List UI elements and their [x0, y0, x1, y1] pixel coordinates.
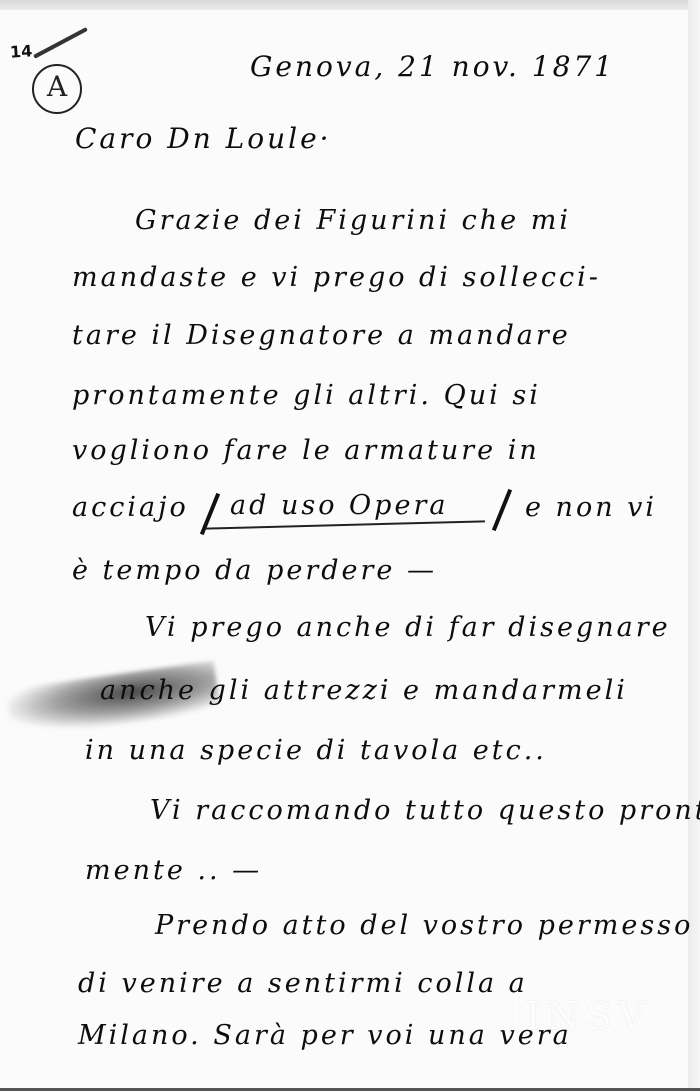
place-date: Genova, 21 nov. 1871	[250, 50, 615, 83]
letter-line: Vi prego anche di far disegnare	[145, 612, 671, 643]
watermark-logo: INSV	[515, 992, 662, 1040]
letter-line: Grazie dei Figurini che mi	[135, 205, 571, 236]
letter-line: mandaste e vi prego di sollecci-	[72, 262, 601, 293]
stamp-letter: A	[34, 70, 80, 103]
letter-line: vogliono fare le armature in	[72, 435, 540, 466]
letter-line: Vi raccomando tutto questo pronta-	[150, 795, 700, 826]
letter-line: di venire a sentirmi colla a	[78, 968, 528, 999]
letter-line-underlined: ad uso Opera	[230, 490, 448, 521]
letter-line: acciajo	[72, 492, 189, 523]
letter-line: e non vi	[525, 492, 657, 523]
letter-line: anche gli attrezzi e mandarmeli	[100, 675, 628, 706]
letter-line: è tempo da perdere —	[72, 555, 437, 586]
letter-line: tare il Disegnatore a mandare	[72, 320, 571, 351]
letter-line: Milano. Sarà per voi una vera	[78, 1020, 572, 1051]
archive-stamp-icon: A	[32, 64, 82, 114]
letter-line: Prendo atto del vostro permesso	[155, 910, 693, 941]
salutation: Caro Dn Loule·	[75, 122, 332, 155]
letter-line: in una specie di tavola etc..	[85, 735, 547, 766]
letter-line: mente .. —	[85, 855, 262, 886]
folio-number: 14	[9, 41, 33, 62]
letter-line: prontamente gli altri. Qui si	[72, 380, 541, 411]
